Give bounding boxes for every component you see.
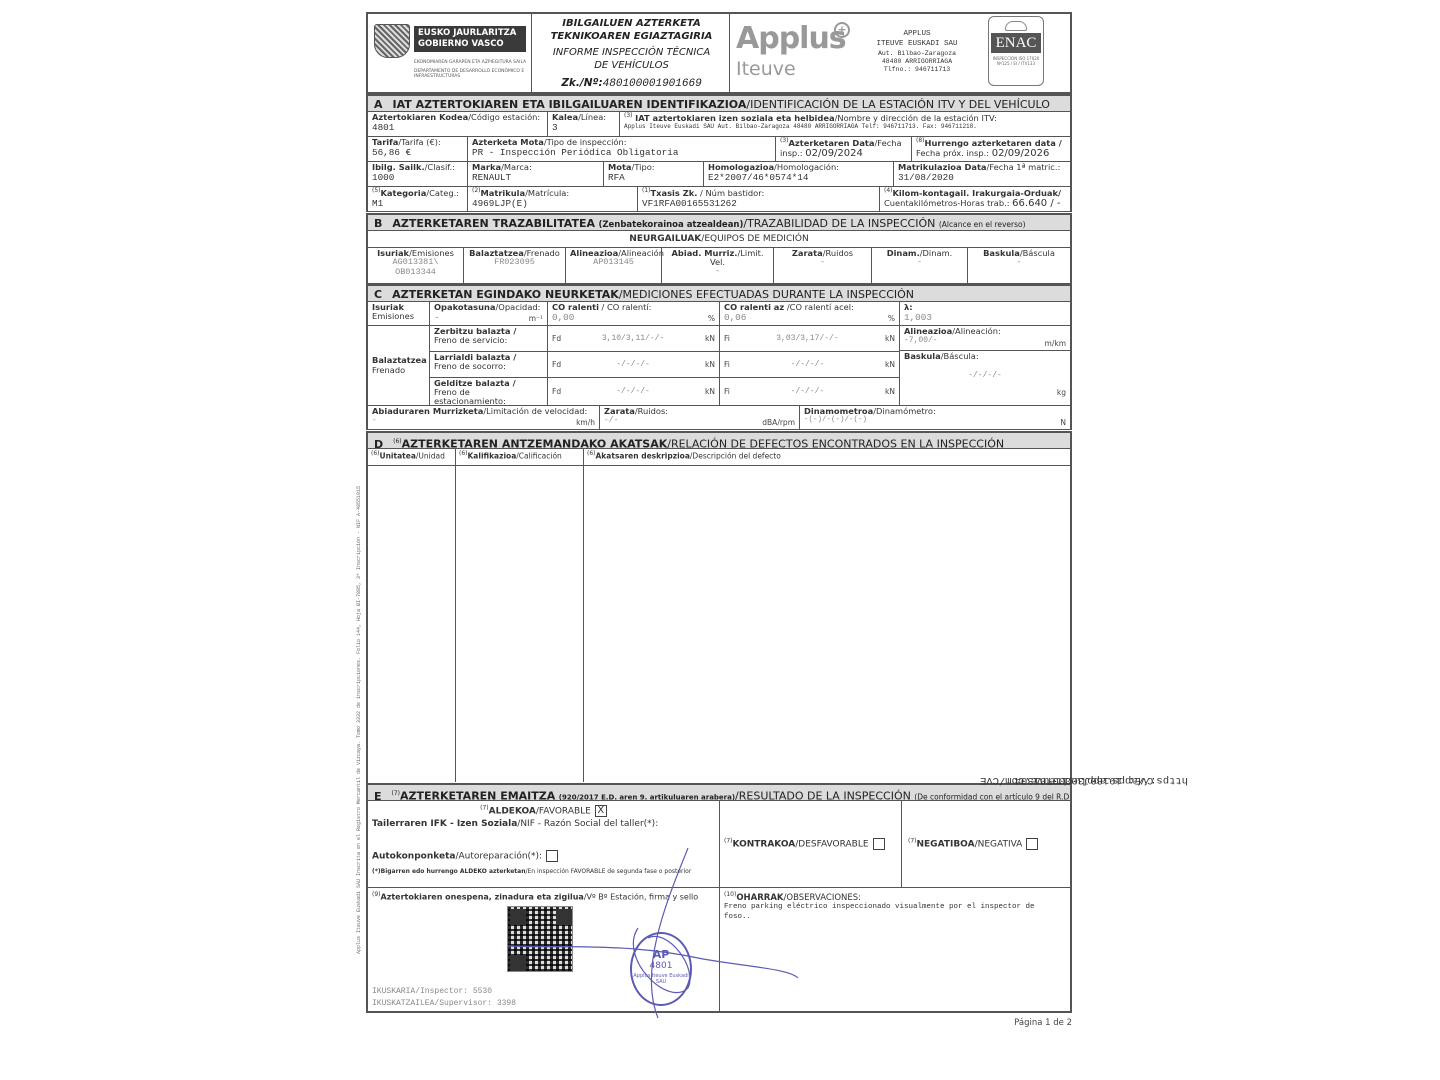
gv-line-1: EUSKO JAURLARITZA: [418, 28, 522, 39]
scale-field: Baskula/Báscula: -/-/-/- kg: [900, 351, 1070, 405]
brake-row: Gelditze balazta /Freno de estacionamien…: [430, 378, 899, 405]
title-eu-2: TEKNIKOAREN EGIAZTAGIRIA: [534, 31, 729, 44]
equipment-item: Baskula/Báscula-: [968, 248, 1070, 283]
equipment-item: Alineazioa/AlineaciónAP013145: [566, 248, 662, 283]
make-field: Marka/Marca: RENAULT: [468, 162, 604, 186]
enac-badge: ENAC INSPECCIÓN ISO 17020 Nº125 / EI / I…: [988, 16, 1044, 86]
plate-field: (2)Matrikula/Matrícula: 4969LJP(E): [468, 187, 638, 211]
cve-verification: https://apps.applusiteuve.com/CVECVE: 19…: [1074, 530, 1094, 1030]
defects-table: (6)Unitatea/Unidad (6)Kalifikazioa/Calif…: [368, 449, 1070, 782]
section-b: BAZTERKETAREN TRAZABILITATEA (Zenbatekor…: [366, 213, 1072, 284]
section-b-header: BAZTERKETAREN TRAZABILITATEA (Zenbatekor…: [368, 213, 1070, 231]
title-es-1: INFORME INSPECCIÓN TÉCNICA: [534, 47, 729, 60]
workshop-label: Tailerraren IFK - Izen Soziala/NIF - Raz…: [372, 820, 715, 830]
co-idle-field: CO ralenti / CO ralentí: 0,00 %: [548, 302, 720, 325]
inspection-report: EUSKO JAURLARITZA GOBIERNO VASCO EKONOMI…: [366, 12, 1072, 1032]
section-c-header: CAZTERKETAN EGINDAKO NEURKETAK/MEDICIONE…: [368, 284, 1070, 302]
iteuve-logo-text: Iteuve: [736, 60, 796, 79]
cve-code: CVE: 19180J30000T01304: [1015, 774, 1154, 786]
inspector-id: IKUSKARIA/Inspector: 5530: [372, 987, 492, 996]
inspection-type-field: Azterketa Mota/Tipo de inspección: PR - …: [468, 137, 776, 161]
station-code-field: Aztertokiaren Kodea/Código estación: 480…: [368, 112, 548, 136]
title-es-2: DE VEHÍCULOS: [534, 60, 729, 73]
defects-col-description: (6)Akatsaren deskripzioa/Descripción del…: [584, 449, 1070, 782]
report-header: EUSKO JAURLARITZA GOBIERNO VASCO EKONOMI…: [366, 12, 1072, 94]
dynamometer-field: Dinamometroa/Dinamómetro: -(-)/-(-)/-(-)…: [800, 406, 1070, 429]
applus-block: Applus + Iteuve APPLUS ITEUVE EUSKADI SA…: [732, 14, 1072, 92]
applus-logo: Applus: [736, 24, 846, 54]
gv-dept-eu: EKONOMIAREN GARAPEN ETA AZPIEGITURA SAIL…: [414, 60, 530, 66]
station-name-field: (3) IAT aztertokiaren izen soziala eta h…: [620, 112, 1070, 136]
section-a: AIAT AZTERTOKIAREN ETA IBILGAILUAREN IDE…: [366, 94, 1072, 212]
speed-limit-field: Abiaduraren Murrizketa/Limitación de vel…: [368, 406, 600, 429]
favorable-block: (7)ALDEKOA/FAVORABLEX Tailerraren IFK - …: [368, 801, 720, 887]
alignment-field: Alineazioa/Alineación: -7,00/- m/km: [900, 326, 1070, 351]
brakes-label: Balaztatzea Frenado: [368, 326, 430, 405]
brake-measurements: Zerbitzu balazta /Freno de servicio:Fd3,…: [430, 326, 900, 405]
gv-dept-es: DEPARTAMENTO DE DESARROLLO ECONÓMICO E I…: [414, 69, 530, 80]
negative-checkbox[interactable]: [1026, 838, 1038, 850]
self-repair-checkbox[interactable]: [546, 850, 558, 862]
self-repair-label: Autokonponketa/Autoreparación(*):: [372, 850, 715, 862]
observations-text: Freno parking eléctrico inspeccionado vi…: [724, 903, 1066, 923]
approval-block: (9)Aztertokiaren onespena, zinadura eta …: [368, 888, 720, 1012]
tariff-field: Tarifa/Tarifa (€): 56,86 €: [368, 137, 468, 161]
section-a-header: AIAT AZTERTOKIAREN ETA IBILGAILUAREN IDE…: [368, 94, 1070, 112]
report-number: Zk./Nº:480100001901669: [534, 77, 729, 90]
unfavorable-block: (7)KONTRAKOA/DESFAVORABLE: [720, 801, 902, 887]
inspection-date-field: (3)Azterketaren Data/Fecha insp.: 02/09/…: [776, 137, 912, 161]
coat-of-arms-icon: [374, 24, 410, 58]
homologation-field: Homologazioa/Homologación: E2*2007/46*05…: [704, 162, 894, 186]
page-number: Página 1 de 2: [1014, 1018, 1072, 1028]
next-inspection-date-field: (8)Hurrengo azterketaren data / Fecha pr…: [912, 137, 1070, 161]
defects-col-rating: (6)Kalifikazioa/Calificación: [456, 449, 584, 782]
company-address: APPLUS ITEUVE EUSKADI SAU Aut. Bilbao-Za…: [862, 30, 972, 75]
gv-line-2: GOBIERNO VASCO: [418, 39, 522, 50]
section-e: E(7)AZTERKETAREN EMAITZA (920/2017 E.D. …: [366, 783, 1072, 1013]
odometer-field: (4)Kilom-kontagail. Irakurgaia-Orduak/ C…: [880, 187, 1070, 211]
brake-row: Larrialdi balazta /Freno de socorro:Fd-/…: [430, 352, 899, 378]
equipment-item: Isuriak/EmisionesAG013381\ OB013344: [368, 248, 464, 283]
gobierno-vasco-logo: EUSKO JAURLARITZA GOBIERNO VASCO EKONOMI…: [368, 14, 532, 92]
emissions-label: Isuriak Emisiones: [368, 302, 430, 325]
report-title: IBILGAILUEN AZTERKETA TEKNIKOAREN EGIAZT…: [534, 14, 730, 92]
line-field: Kalea/Línea: 3: [548, 112, 620, 136]
category-field: (5)Kategoria/Categ.: M1: [368, 187, 468, 211]
defects-col-unit: (6)Unitatea/Unidad: [368, 449, 456, 782]
plus-circle-icon: +: [834, 22, 850, 38]
title-eu-1: IBILGAILUEN AZTERKETA: [534, 18, 729, 31]
section-d-header: D(6)AZTERKETAREN ANTZEMANDAKO AKATSAK/RE…: [368, 431, 1070, 449]
supervisor-id: IKUSKATZAILEA/Supervisor: 3398: [372, 999, 516, 1008]
vin-field: (1)Txasis Zk. / Núm bastidor: VF1RFA0016…: [638, 187, 880, 211]
classification-field: Ibilg. Sailk./Clasif.: 1000: [368, 162, 468, 186]
co-accel-field: CO ralenti az /CO ralentí acel: 0,06 %: [720, 302, 900, 325]
registration-date-field: Matrikulazioa Data/Fecha 1ª matric.: 31/…: [894, 162, 1070, 186]
opacity-field: Opakotasuna/Opacidad: - m⁻¹: [430, 302, 548, 325]
unfavorable-checkbox[interactable]: [873, 838, 885, 850]
brake-row: Zerbitzu balazta /Freno de servicio:Fd3,…: [430, 326, 899, 352]
section-e-header: E(7)AZTERKETAREN EMAITZA (920/2017 E.D. …: [368, 783, 1070, 801]
section-d: D(6)AZTERKETAREN ANTZEMANDAKO AKATSAK/RE…: [366, 431, 1072, 783]
equipment-row: Isuriak/EmisionesAG013381\ OB013344Balaz…: [368, 248, 1070, 284]
equipment-item: Balaztatzea/FrenadoFR023095: [464, 248, 566, 283]
second-phase-note: (*)Bigarren edo hurrengo ALDEKO azterket…: [372, 869, 715, 876]
equipment-header: NEURGAILUAK/EQUIPOS DE MEDICIÓN: [368, 231, 1070, 248]
equipment-item: Abiad. Murriz./Limit. Vel.-: [662, 248, 774, 283]
registry-note: Applus Iteuve Euskadi SAU Inscrita en el…: [354, 415, 364, 1025]
crown-icon: [1005, 21, 1027, 31]
favorable-checkbox[interactable]: X: [595, 805, 607, 817]
type-field: Mota/Tipo: RFA: [604, 162, 704, 186]
equipment-item: Zarata/Ruidos-: [774, 248, 872, 283]
lambda-field: λ: 1,003: [900, 302, 1070, 325]
equipment-item: Dinam./Dinam.-: [872, 248, 968, 283]
noise-field: Zarata/Ruidos: -/- dBA/rpm: [600, 406, 800, 429]
observations-block: (10)OHARRAK/OBSERVACIONES: Freno parking…: [720, 888, 1070, 1012]
negative-block: (7)NEGATIBOA/NEGATIVA: [902, 801, 1070, 887]
section-c: CAZTERKETAN EGINDAKO NEURKETAK/MEDICIONE…: [366, 284, 1072, 430]
